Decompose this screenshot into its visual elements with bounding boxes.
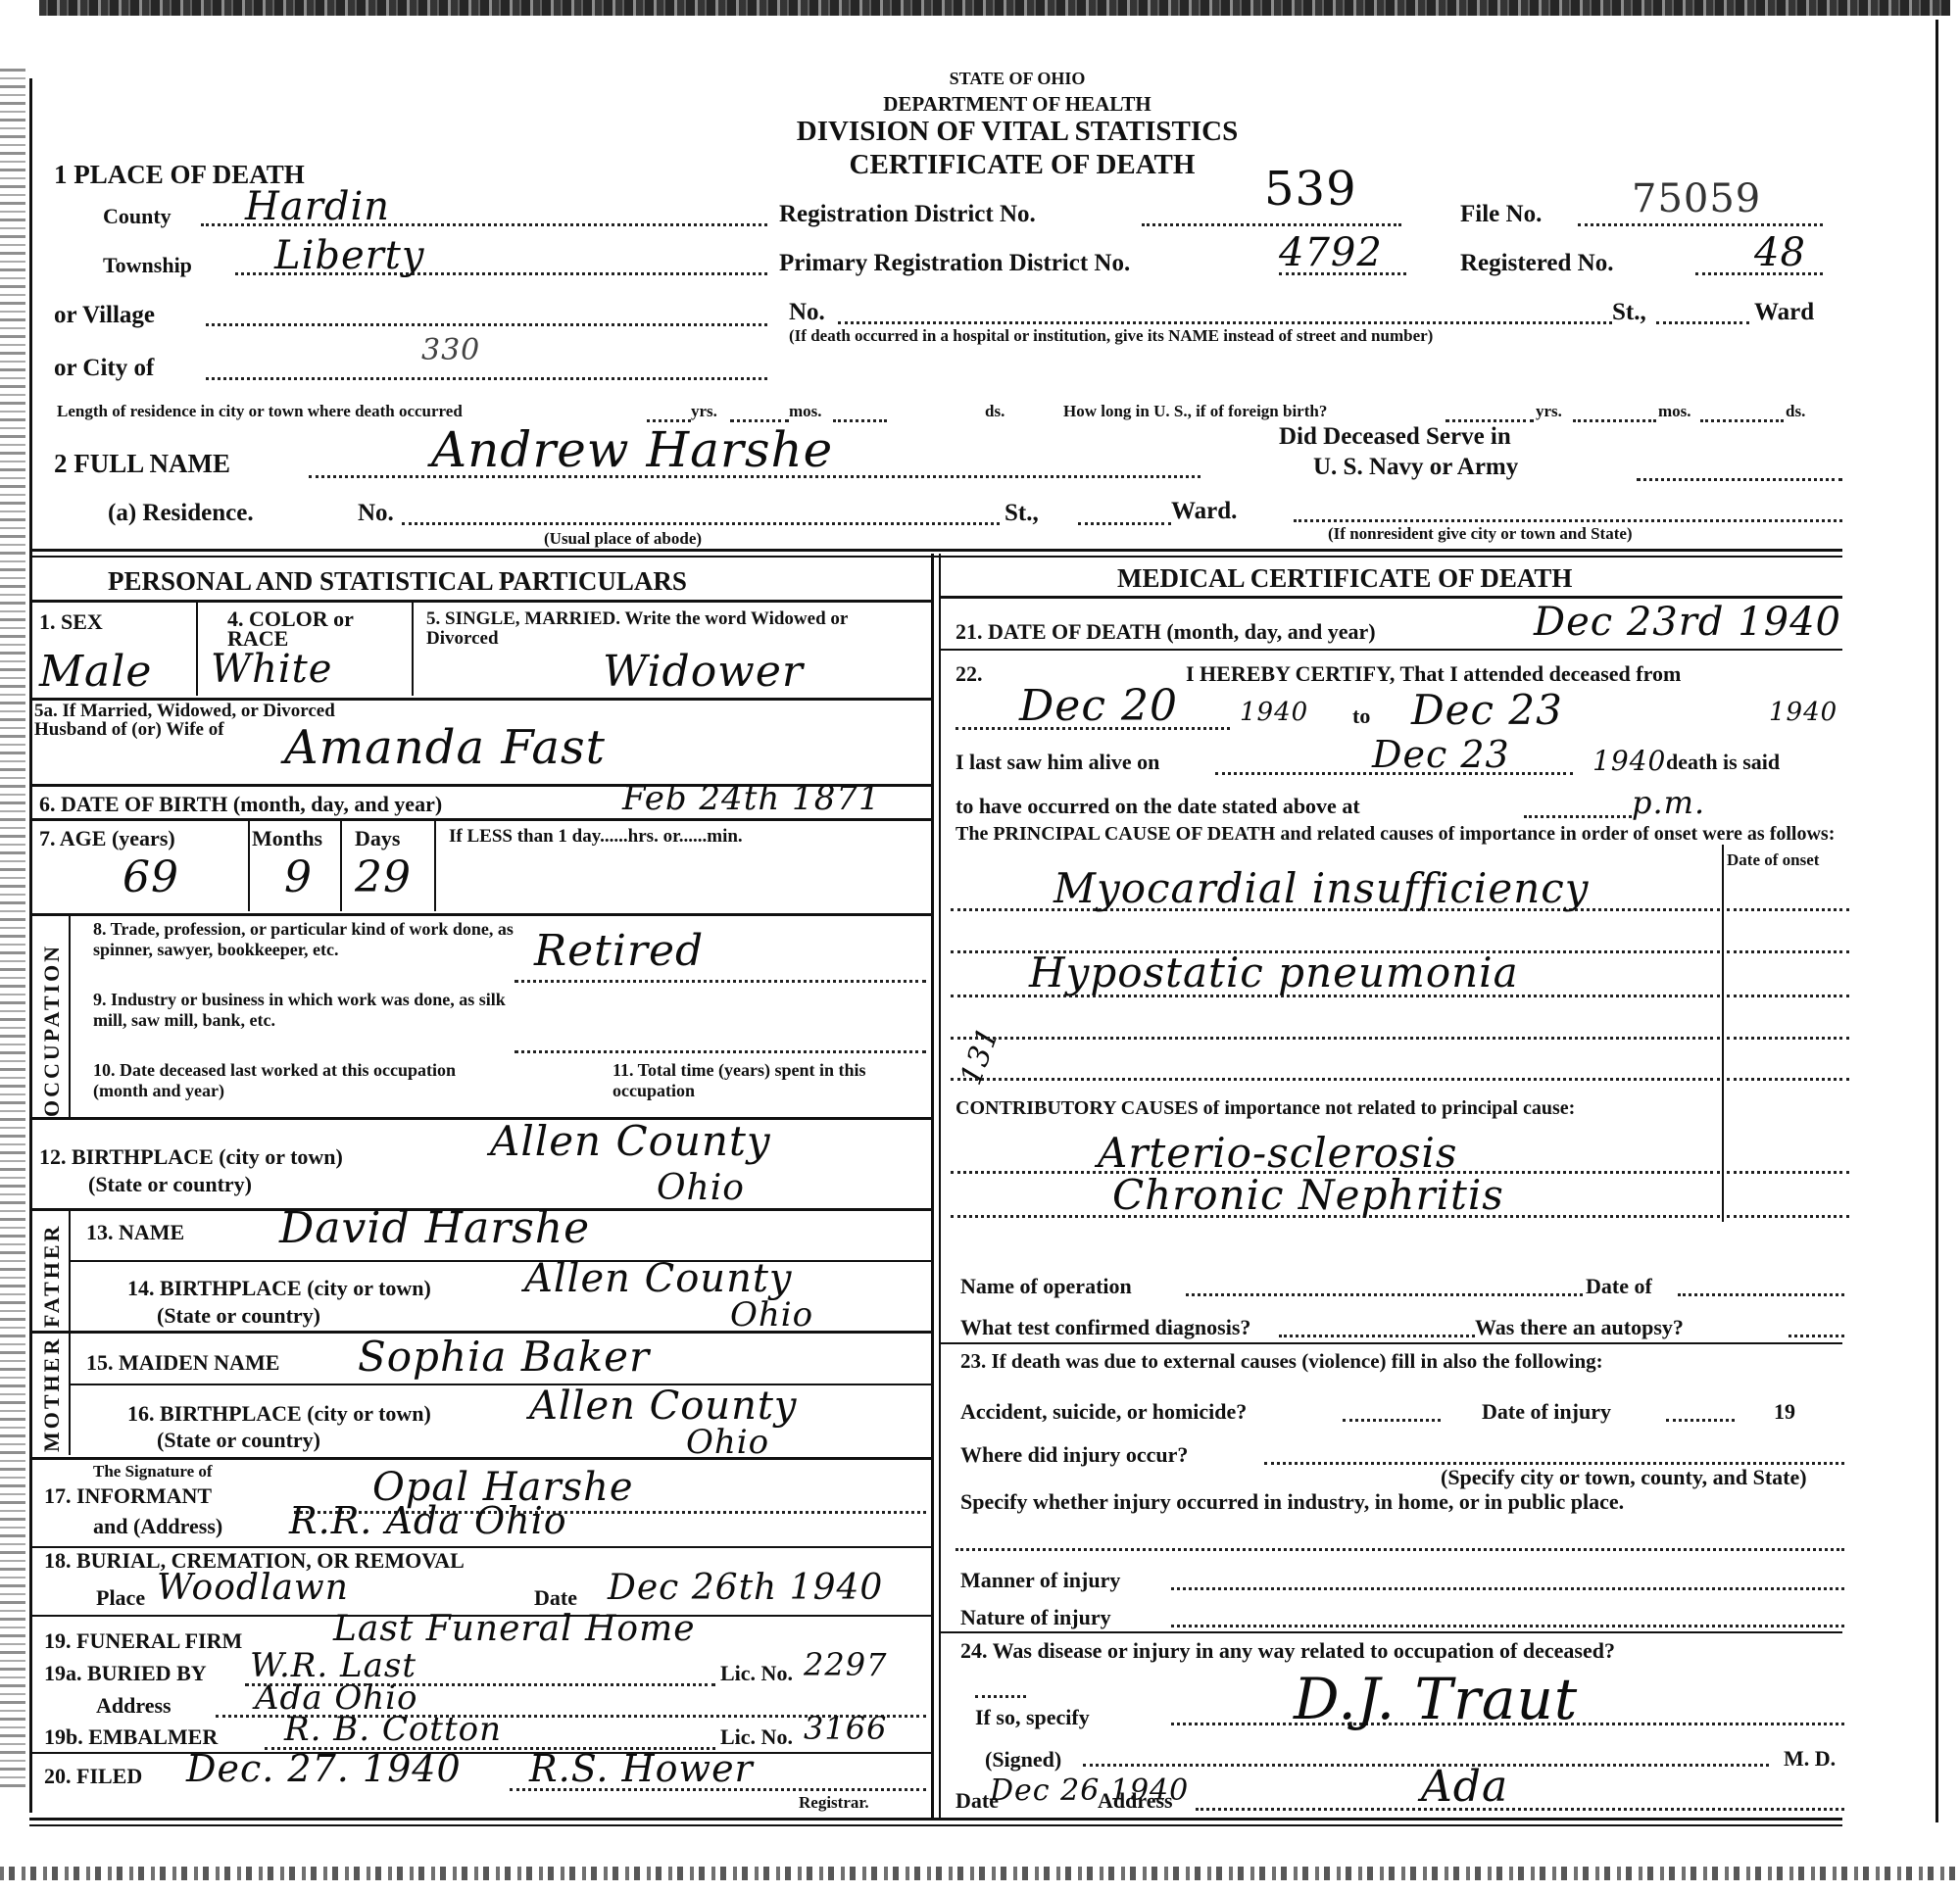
trade-label: 8. Trade, profession, or particular kind… (93, 919, 514, 960)
primary-district-value[interactable]: 4792 (1279, 230, 1383, 275)
color-divider (412, 603, 414, 696)
filed-label: 20. FILED (44, 1764, 142, 1789)
primary-district-label: Primary Registration District No. (779, 250, 1130, 277)
street-no-label: No. (789, 299, 825, 326)
specify-label: Specify whether injury occurred in indus… (960, 1489, 1624, 1515)
certify-number: 22. (955, 661, 983, 687)
specify-line (955, 1548, 1844, 1551)
city-label: or City of (54, 355, 154, 382)
where-note: (Specify city or town, county, and State… (1441, 1465, 1807, 1490)
birthplace-state-value[interactable]: Ohio (657, 1168, 745, 1208)
buried-lic-value[interactable]: 2297 (804, 1646, 887, 1683)
age-label: 7. AGE (years) (39, 826, 175, 851)
industry-label: 9. Industry or business in which work wa… (93, 990, 514, 1031)
sex-divider (196, 603, 198, 696)
onset-label: Date of onset (1727, 850, 1819, 870)
mother-name-value[interactable]: Sophia Baker (358, 1333, 650, 1381)
dob-value[interactable]: Feb 24th 1871 (622, 779, 881, 818)
mother-state-value[interactable]: Ohio (686, 1423, 769, 1462)
dod-value[interactable]: Dec 23rd 1940 (1534, 600, 1841, 645)
burial-place-label: Place (96, 1585, 145, 1611)
onset-line-4 (1727, 1037, 1849, 1040)
autopsy-label: Was there an autopsy? (1475, 1315, 1684, 1340)
md-label: M. D. (1784, 1746, 1836, 1772)
medical-title-rule (941, 596, 1842, 599)
hospital-note: (If death occurred in a hospital or inst… (789, 326, 1433, 346)
days-label: Days (355, 826, 400, 851)
manner-line (1171, 1587, 1844, 1590)
registration-district-line (1142, 223, 1401, 226)
days-value[interactable]: 29 (355, 852, 412, 902)
occurred-line (1524, 815, 1632, 818)
contrib-onset-2 (1727, 1215, 1849, 1218)
attended-from-value[interactable]: Dec 20 (1019, 681, 1178, 731)
nature-label: Nature of injury (960, 1605, 1111, 1630)
last-worked-label: 10. Date deceased last worked at this oc… (93, 1060, 514, 1101)
months-label: Months (252, 826, 322, 851)
divider-main (29, 549, 1842, 552)
marital-value[interactable]: Widower (603, 647, 804, 697)
nonresident-note: (If nonresident give city or town and St… (1328, 524, 1633, 544)
father-state-label: (State or country) (157, 1303, 320, 1329)
row-rule-11 (29, 1752, 931, 1754)
if-so-label: If so, specify (975, 1705, 1090, 1730)
father-state-value[interactable]: Ohio (730, 1295, 813, 1335)
column-divider (931, 554, 934, 1818)
contributory-label: CONTRIBUTORY CAUSES of importance not re… (955, 1097, 1720, 1119)
contrib-1-value[interactable]: Arterio-sclerosis (1098, 1129, 1457, 1177)
ward-line (1656, 321, 1749, 324)
operation-label: Name of operation (960, 1274, 1132, 1299)
father-name-value[interactable]: David Harshe (279, 1203, 590, 1253)
buried-address-label: Address (96, 1693, 171, 1719)
certificate-title: CERTIFICATE OF DEATH (792, 149, 1252, 181)
full-name-label: 2 FULL NAME (54, 449, 230, 479)
registered-no-label: Registered No. (1460, 250, 1613, 277)
full-name-value[interactable]: Andrew Harshe (431, 421, 833, 478)
occurred-label: to have occurred on the date stated abov… (955, 794, 1360, 819)
residence-line (402, 522, 1000, 525)
physician-signature[interactable]: D.J. Traut (1294, 1666, 1578, 1732)
registration-district-label: Registration District No. (779, 201, 1036, 228)
accident-line (1343, 1419, 1441, 1422)
file-no-line (1578, 223, 1823, 226)
burial-date-label: Date (534, 1585, 577, 1611)
informant-address-label: and (Address) (93, 1514, 222, 1539)
foreign-yrs: yrs. (1536, 402, 1562, 421)
informant-address-value[interactable]: R.R. Ada Ohio (289, 1499, 567, 1542)
death-said-label: death is said (1666, 750, 1780, 775)
months-value[interactable]: 9 (284, 852, 313, 902)
file-no-label: File No. (1460, 201, 1542, 228)
military-label-2: U. S. Navy or Army (1313, 454, 1518, 481)
total-time-label: 11. Total time (years) spent in this occ… (612, 1060, 897, 1101)
divider-main-2 (29, 556, 1842, 558)
industry-line (514, 1050, 926, 1053)
informant-sig-label: The Signature of (93, 1462, 213, 1481)
father-side-rule (69, 1210, 71, 1331)
file-no-value[interactable]: 75059 (1632, 176, 1761, 221)
medical-section-title: MEDICAL CERTIFICATE OF DEATH (1117, 563, 1572, 594)
registered-no-value[interactable]: 48 (1754, 230, 1806, 275)
county-label: County (103, 204, 171, 229)
township-label: Township (103, 253, 192, 278)
residence-label: (a) Residence. (108, 500, 254, 527)
to-label: to (1352, 704, 1370, 729)
embalmer-value[interactable]: R. B. Cotton (284, 1710, 502, 1749)
operation-date-line (1678, 1293, 1844, 1296)
mother-rule (69, 1384, 931, 1385)
onset-line-5 (1727, 1078, 1849, 1081)
military-label-1: Did Deceased Serve in (1279, 423, 1511, 451)
test-label: What test confirmed diagnosis? (960, 1315, 1250, 1340)
burial-place-value[interactable]: Woodlawn (157, 1568, 349, 1608)
physician-address-value[interactable]: Ada (1421, 1762, 1508, 1812)
department-title: DEPARTMENT OF HEALTH (831, 92, 1203, 117)
occupation-side-label: OCCUPATION (39, 921, 65, 1117)
father-birthplace-label: 14. BIRTHPLACE (city or town) (127, 1276, 431, 1301)
days-divider (434, 821, 436, 911)
dod-label: 21. DATE OF DEATH (month, day, and year) (955, 619, 1376, 645)
operation-date-label: Date of (1586, 1274, 1652, 1299)
scan-edge-bottom (0, 1867, 1960, 1880)
division-title: DIVISION OF VITAL STATISTICS (723, 116, 1311, 148)
manner-label: Manner of injury (960, 1568, 1120, 1593)
residence-yrs: yrs. (691, 402, 717, 421)
burial-date-value[interactable]: Dec 26th 1940 (608, 1568, 883, 1608)
onset-divider (1722, 845, 1724, 1222)
certify-label: I HEREBY CERTIFY, That I attended deceas… (1186, 661, 1681, 687)
last-saw-label: I last saw him alive on (955, 750, 1159, 775)
registrar-signature[interactable]: R.S. Hower (529, 1747, 754, 1790)
birthplace-value[interactable]: Allen County (490, 1117, 771, 1165)
funeral-firm-value[interactable]: Last Funeral Home (333, 1609, 696, 1649)
military-line (1637, 478, 1842, 481)
mother-name-label: 15. MAIDEN NAME (86, 1350, 279, 1376)
foreign-yrs-line (1445, 419, 1534, 422)
color-label: 4. COLOR or RACE (227, 609, 394, 649)
dob-label: 6. DATE OF BIRTH (month, day, and year) (39, 792, 442, 817)
nature-line (1171, 1625, 1844, 1627)
age-value[interactable]: 69 (122, 852, 179, 902)
village-label: or Village (54, 302, 155, 329)
buried-by-label: 19a. BURIED BY (44, 1661, 207, 1686)
signed-label: (Signed) (985, 1747, 1061, 1773)
onset-line-1 (1727, 908, 1849, 911)
foreign-ds: ds. (1786, 402, 1805, 421)
residence-st: St., (1004, 500, 1039, 527)
spouse-value[interactable]: Amanda Fast (284, 720, 606, 775)
principal-cause-label: The PRINCIPAL CAUSE OF DEATH and related… (955, 823, 1857, 845)
last-saw-year[interactable]: 1940 (1592, 745, 1666, 777)
trade-line (514, 980, 926, 983)
occurred-value[interactable]: p.m. (1632, 784, 1705, 821)
row-rule-4 (29, 913, 931, 916)
foreign-ds-line (1700, 419, 1784, 422)
state-title: STATE OF OHIO (909, 69, 1125, 89)
personal-title-rule (29, 600, 931, 603)
frame-left (29, 78, 32, 1813)
street-line (838, 321, 1612, 324)
injury-date-line (1666, 1419, 1735, 1422)
external-causes-label: 23. If death was due to external causes … (960, 1350, 1847, 1372)
color-value[interactable]: White (211, 647, 332, 692)
residence-mos: mos. (789, 402, 822, 421)
street-st-label: St., (1612, 299, 1646, 326)
scan-edge-top (39, 0, 1950, 16)
test-line (1279, 1335, 1475, 1337)
township-value[interactable]: Liberty (274, 233, 424, 278)
city-line (206, 377, 767, 380)
column-divider-2 (939, 554, 941, 1818)
attended-from-year[interactable]: 1940 (1240, 698, 1308, 727)
abode-note: (Usual place of abode) (544, 529, 702, 549)
injury-year: 19 (1774, 1399, 1795, 1425)
occupation-side-rule (69, 916, 71, 1117)
dod-rule (941, 649, 1842, 651)
scan-edge-left (0, 69, 25, 1793)
embalmer-lic-value[interactable]: 3166 (804, 1710, 887, 1747)
cause-line-4 (951, 1037, 1720, 1040)
ward-label: Ward (1754, 299, 1814, 326)
where-label: Where did injury occur? (960, 1442, 1188, 1468)
residence-ds-line (833, 419, 887, 422)
village-line (206, 323, 767, 326)
row-rule-5 (29, 1117, 931, 1120)
sex-label: 1. SEX (39, 609, 103, 635)
bottom-rule (29, 1818, 1842, 1821)
informant-label: 17. INFORMANT (44, 1483, 212, 1509)
registrar-label: Registrar. (799, 1793, 869, 1813)
row-rule-8 (29, 1457, 931, 1460)
residence-ward: Ward. (1171, 498, 1237, 525)
mother-side-rule (69, 1333, 71, 1455)
attended-to-year[interactable]: 1940 (1769, 698, 1837, 727)
residence-length-label: Length of residence in city or town wher… (57, 402, 463, 421)
mother-birthplace-label: 16. BIRTHPLACE (city or town) (127, 1401, 431, 1427)
operation-line (1186, 1293, 1583, 1296)
marital-label: 5. SINGLE, MARRIED. Write the word Widow… (426, 609, 921, 649)
cause-line-5 (951, 1078, 1720, 1081)
residence-no-label: No. (358, 500, 394, 527)
foreign-birth-label: How long in U. S., if of foreign birth? (1063, 402, 1327, 421)
residence-ds: ds. (985, 402, 1004, 421)
father-rule (69, 1260, 931, 1262)
nonresident-line (1294, 519, 1842, 522)
birthplace-state-label: (State or country) (88, 1172, 252, 1197)
mother-side-label: MOTHER (39, 1335, 65, 1452)
contrib-onset-1 (1727, 1171, 1849, 1174)
frame-right (1935, 20, 1938, 1822)
registration-district-value[interactable]: 539 (1264, 162, 1357, 217)
city-value[interactable]: 330 (421, 333, 480, 367)
injury-date-label: Date of injury (1482, 1399, 1611, 1425)
personal-section-title: PERSONAL AND STATISTICAL PARTICULARS (108, 566, 687, 597)
bottom-rule-2 (29, 1824, 1842, 1826)
birthplace-label: 12. BIRTHPLACE (city or town) (39, 1144, 343, 1170)
autopsy-line (1788, 1335, 1844, 1337)
county-value[interactable]: Hardin (245, 184, 390, 229)
residence-ward-line (1078, 522, 1171, 525)
physician-address-line (1196, 1808, 1844, 1811)
accident-label: Accident, suicide, or homicide? (960, 1399, 1247, 1425)
father-name-label: 13. NAME (86, 1220, 184, 1245)
onset-line-2 (1727, 950, 1849, 953)
attended-to-value[interactable]: Dec 23 (1411, 686, 1563, 734)
autopsy-rule (941, 1342, 1842, 1344)
foreign-mos: mos. (1658, 402, 1691, 421)
cause-1-value[interactable]: Myocardial insufficiency (1053, 864, 1590, 912)
onset-line-3 (1727, 995, 1849, 997)
foreign-mos-line (1573, 419, 1656, 422)
age-divider (248, 821, 250, 911)
contrib-2-value[interactable]: Chronic Nephritis (1112, 1171, 1504, 1219)
less-than-day-label: If LESS than 1 day......hrs. or......min… (449, 826, 880, 848)
row-rule-3 (29, 818, 931, 821)
physician-address-label: Address (1098, 1788, 1173, 1814)
funeral-firm-label: 19. FUNERAL FIRM (44, 1628, 242, 1654)
mother-state-label: (State or country) (157, 1428, 320, 1453)
last-saw-value[interactable]: Dec 23 (1372, 733, 1510, 776)
sex-value[interactable]: Male (39, 647, 152, 697)
filed-value[interactable]: Dec. 27. 1940 (186, 1747, 462, 1790)
occupation-related-line (975, 1695, 1026, 1698)
months-divider (340, 821, 342, 911)
trade-value[interactable]: Retired (534, 926, 704, 976)
cause-2-value[interactable]: Hypostatic pneumonia (1029, 948, 1519, 996)
nature-rule (941, 1631, 1842, 1633)
buried-lic-label: Lic. No. (720, 1661, 793, 1686)
father-side-label: FATHER (39, 1215, 65, 1328)
occupation-related-label: 24. Was disease or injury in any way rel… (960, 1638, 1615, 1664)
